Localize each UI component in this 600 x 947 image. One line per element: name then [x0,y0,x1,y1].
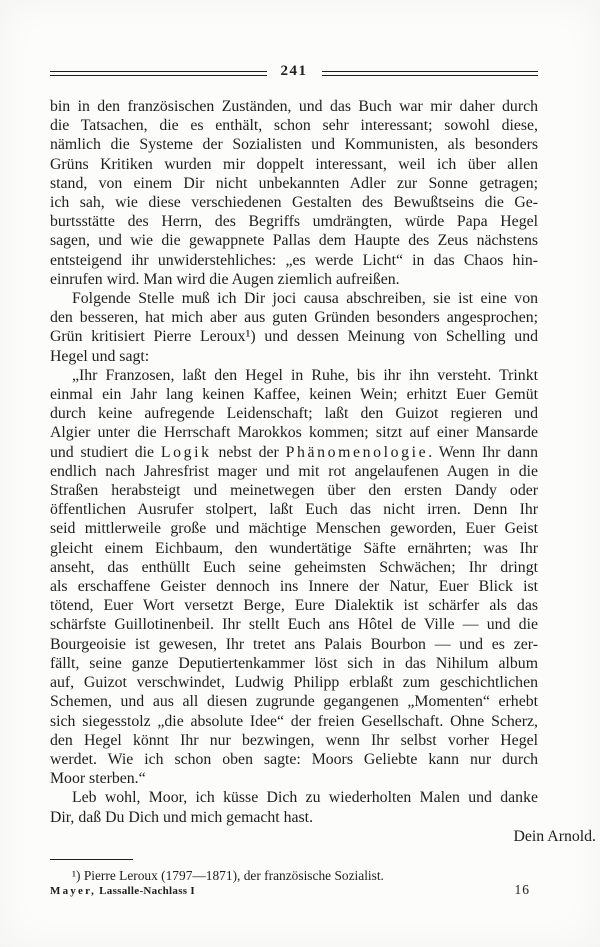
book-page: 241 bin in den französischen Zuständen, … [0,0,600,947]
text-line: Hegel und sagt: [50,347,538,366]
letter-signature: Dein Arnold. [0,827,600,846]
text-line: fällt, seine ganze Deputiertenkammer lös… [50,654,538,673]
page-number: 241 [267,64,322,79]
text-line: einrufen wird. Man wird die Augen ziemli… [50,270,538,289]
text-line: nämlich die Systeme der Sozialisten und … [50,135,538,154]
volume-credit-author: Mayer, [50,885,96,897]
text-line: bin in den französischen Zuständen, und … [50,97,538,116]
text-line: „Ihr Franzosen, laßt den Hegel in Ruhe, … [50,366,538,385]
text-line: den besseren, hat mich aber aus guten Gr… [50,308,538,327]
text-line: endlich nach Jahresfrist mager und mit r… [50,462,538,481]
text-line: stand, von einem Dir nicht unbekannten A… [50,174,538,193]
text-line: gleicht einem Eichbaum, den wundertätige… [50,539,538,558]
text-line: die Tatsachen, die es enthält, schon seh… [50,116,538,135]
text-line: ich sah, wie diese verschiedenen Gestalt… [50,193,538,212]
text-line: durch keine aufregende Leidenschaft; laß… [50,404,538,423]
page-footer: Mayer, Lassalle-Nachlass I 16 [50,882,530,898]
running-head: 241 [50,66,538,81]
text-line: Leb wohl, Moor, ich küsse Dich zu wieder… [50,788,538,807]
text-line: sich siegesstolz „die absolute Idee“ der… [50,712,538,731]
text-line: auf, Guizot verschwindet, Ludwig Philipp… [50,673,538,692]
text-line: Schemen, und aus all diesen zugrunde geg… [50,692,538,711]
text-line: Grüns Kritiken wurden mir doppelt intere… [50,155,538,174]
text-line: Algier unter die Herrschaft Marokkos kom… [50,423,538,442]
text-line: sagen, und wie die gewappnete Pallas dem… [50,231,538,250]
volume-credit-title: Lassalle-Nachlass I [99,885,195,897]
text-line: Folgende Stelle muß ich Dir joci causa a… [50,289,538,308]
text-line: und studiert die Logik nebst der Phänome… [50,443,538,462]
footnote-rule [50,859,133,860]
text-line: Grün kritisiert Pierre Leroux¹) und dess… [50,327,538,346]
text-line: Moor sterben.“ [50,769,538,788]
text-line: Bourgeoisie ist gewesen, Ihr tretet ans … [50,635,538,654]
text-line: tötend, Euer Wort versetzt Berge, Eure D… [50,596,538,615]
text-line: einmal ein Jahr lang keinen Kaffee, kein… [50,385,538,404]
volume-credit: Mayer, Lassalle-Nachlass I [50,885,195,897]
text-line: burtsstätte des Herrn, des Begriffs umdr… [50,212,538,231]
text-line: entsteigend ihr unwiderstehliches: „es w… [50,251,538,270]
text-line: Straßen herabsteigt und meinetwegen über… [50,481,538,500]
text-line: seid mittlerweile große und mächtige Men… [50,519,538,538]
body-text: bin in den französischen Zuständen, und … [50,97,538,827]
header-rule-left [50,71,267,76]
text-line: schärfste Guillotinenbeil. Ihr stellt Eu… [50,615,538,634]
text-line: den Hegel könnt Ihr nur bezwingen, wenn … [50,731,538,750]
text-line: als erschaffene Geister dennoch ins Inne… [50,577,538,596]
sheet-number: 16 [515,882,531,898]
text-line: werdet. Wie ich schon oben sagte: Moors … [50,750,538,769]
text-line: anseht, das enthüllt Euch seine geheimst… [50,558,538,577]
header-rule-right [322,71,539,76]
text-line: öffentlichen Ausrufer stolpert, laßt Euc… [50,500,538,519]
text-line: Dir, daß Du Dich und mich gemacht hast. [50,808,538,827]
